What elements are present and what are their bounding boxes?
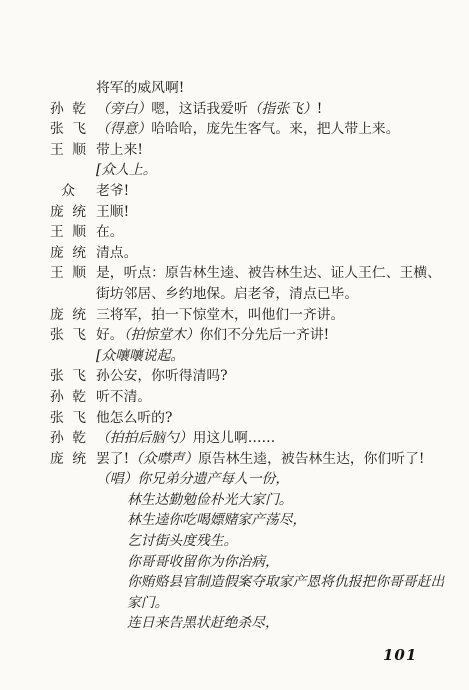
script-line: 将军的威风啊!: [50, 78, 454, 99]
dialogue-segment: 王顺!: [96, 204, 129, 220]
dialogue-segment: 用这儿啊……: [193, 430, 276, 446]
line-text: 老爷!: [96, 181, 129, 202]
dialogue-segment: 老爷!: [96, 183, 129, 199]
dialogue-segment: 清点。: [96, 245, 137, 261]
speaker-name: 孙乾: [50, 428, 86, 449]
dialogue-segment: 孙公安，你听得清吗?: [96, 368, 228, 384]
lyric-segment: 你兄弟分遗产每人一份，: [137, 471, 289, 487]
speaker-name: 王顺: [50, 263, 86, 284]
dialogue-segment: 将军的威风啊!: [96, 80, 184, 96]
dialogue-segment: 原告林生逵，被告林生达，你们听了!: [198, 451, 424, 467]
lyric-segment: 林生逵你吃喝嫖赌家产荡尽，: [127, 512, 306, 528]
stage-direction-segment: （众噤声）: [129, 451, 198, 467]
line-text: 孙公安，你听得清吗?: [96, 366, 228, 387]
script-line: 王顺是，听点：原告林生逵、被告林生达、证人王仁、王横、: [50, 263, 454, 284]
speaker-name: 张飞: [50, 408, 86, 429]
speaker-name: 张飞: [50, 119, 86, 140]
script-line: 家门。: [50, 593, 454, 614]
lyric-segment: 家门。: [127, 595, 168, 611]
line-text: （得意）哈哈哈，庞先生客气。来，把人带上来。: [96, 119, 400, 140]
line-text: 连日来告黑状赶绝杀尽，: [50, 613, 279, 634]
script-line: 连日来告黑状赶绝杀尽，: [50, 613, 454, 634]
script-line: 你贿赂县官制造假案夺取家产恩将仇报把你哥哥赶出: [50, 572, 454, 593]
stage-direction-segment: （拍惊堂木）: [124, 327, 200, 343]
script-line: 王顺在。: [50, 222, 454, 243]
line-text: （拍拍后脑勺）用这儿啊……: [96, 428, 275, 449]
speaker-name: 孙乾: [50, 387, 86, 408]
dialogue-segment: 你们不分先后一齐讲!: [199, 327, 329, 343]
script-line: 孙乾听不清。: [50, 387, 454, 408]
line-text: 将军的威风啊!: [50, 78, 184, 99]
lyric-segment: 连日来告黑状赶绝杀尽，: [127, 615, 279, 631]
line-text: 带上来!: [96, 140, 143, 161]
dialogue-segment: 在。: [96, 224, 124, 240]
script-line: [众人上。: [50, 160, 454, 181]
line-text: 街坊邻居、乡约地保。启老爷，清点已毕。: [50, 284, 358, 305]
lyric-segment: 你哥哥收留你为你治病，: [127, 554, 279, 570]
dialogue-segment: 是，听点：原告林生逵、被告林生达、证人王仁、王横、: [96, 265, 441, 281]
line-text: 王顺!: [96, 202, 129, 223]
script-line: 众老爷!: [50, 181, 454, 202]
speaker-name: 王顺: [50, 222, 86, 243]
script-line: 庞统清点。: [50, 243, 454, 264]
script-text: 将军的威风啊!孙乾（旁白）嗯，这话我爱听（指张飞）!张飞（得意）哈哈哈，庞先生客…: [50, 78, 454, 634]
line-text: （旁白）嗯，这话我爱听（指张飞）!: [96, 99, 322, 120]
line-text: 林生逵你吃喝嫖赌家产荡尽，: [50, 510, 306, 531]
line-text: 乞讨街头度残生。: [50, 531, 237, 552]
line-text: 是，听点：原告林生逵、被告林生达、证人王仁、王横、: [96, 263, 441, 284]
stage-direction-segment: （拍拍后脑勺）: [96, 430, 193, 446]
script-line: 庞统王顺!: [50, 202, 454, 223]
dialogue-segment: 罢了!: [96, 451, 129, 467]
line-text: 他怎么听的?: [96, 408, 172, 429]
script-line: 张飞（得意）哈哈哈，庞先生客气。来，把人带上来。: [50, 119, 454, 140]
script-line: 庞统三将军，拍一下惊堂木，叫他们一齐讲。: [50, 305, 454, 326]
script-line: 王顺带上来!: [50, 140, 454, 161]
speaker-name: 众: [50, 181, 86, 202]
script-line: 孙乾（旁白）嗯，这话我爱听（指张飞）!: [50, 99, 454, 120]
line-text: （唱）你兄弟分遗产每人一份，: [50, 469, 289, 490]
dialogue-segment: 三将军，拍一下惊堂木，叫他们一齐讲。: [96, 307, 344, 323]
dialogue-segment: 带上来!: [96, 142, 143, 158]
script-line: 庞统罢了!（众噤声）原告林生逵，被告林生达，你们听了!: [50, 449, 454, 470]
line-text: 林生达勤勉俭朴光大家门。: [50, 490, 293, 511]
speaker-name: 庞统: [50, 202, 86, 223]
line-text: 你哥哥收留你为你治病，: [50, 552, 279, 573]
script-line: [众嚷嚷说起。: [50, 346, 454, 367]
line-text: [众嚷嚷说起。: [50, 346, 184, 367]
script-line: 张飞他怎么听的?: [50, 408, 454, 429]
stage-direction-segment: （得意）: [96, 121, 151, 137]
stage-direction-segment: [众嚷嚷说起。: [96, 348, 184, 364]
stage-direction-segment: （指张飞）: [248, 101, 317, 117]
script-line: 林生达勤勉俭朴光大家门。: [50, 490, 454, 511]
line-text: 好。（拍惊堂木）你们不分先后一齐讲!: [96, 325, 329, 346]
script-line: 张飞好。（拍惊堂木）你们不分先后一齐讲!: [50, 325, 454, 346]
dialogue-segment: !: [317, 101, 323, 117]
line-text: 清点。: [96, 243, 137, 264]
speaker-name: 庞统: [50, 305, 86, 326]
dialogue-segment: 街坊邻居、乡约地保。启老爷，清点已毕。: [96, 286, 358, 302]
speaker-name: 张飞: [50, 366, 86, 387]
script-line: （唱）你兄弟分遗产每人一份，: [50, 469, 454, 490]
speaker-name: 庞统: [50, 449, 86, 470]
lyric-segment: 你贿赂县官制造假案夺取家产恩将仇报把你哥哥赶出: [127, 574, 444, 590]
line-text: 家门。: [50, 593, 168, 614]
stage-direction-segment: （唱）: [96, 471, 137, 487]
book-page: 将军的威风啊!孙乾（旁白）嗯，这话我爱听（指张飞）!张飞（得意）哈哈哈，庞先生客…: [0, 0, 469, 690]
stage-direction-segment: [众人上。: [96, 162, 157, 178]
dialogue-segment: 哈哈哈，庞先生客气。来，把人带上来。: [151, 121, 399, 137]
script-line: 乞讨街头度残生。: [50, 531, 454, 552]
stage-direction-segment: （旁白）: [96, 101, 151, 117]
line-text: [众人上。: [50, 160, 157, 181]
speaker-name: 王顺: [50, 140, 86, 161]
script-line: 你哥哥收留你为你治病，: [50, 552, 454, 573]
line-text: 三将军，拍一下惊堂木，叫他们一齐讲。: [96, 305, 344, 326]
dialogue-segment: 听不清。: [96, 389, 151, 405]
speaker-name: 庞统: [50, 243, 86, 264]
lyric-segment: 林生达勤勉俭朴光大家门。: [127, 492, 293, 508]
script-line: 张飞孙公安，你听得清吗?: [50, 366, 454, 387]
script-line: 街坊邻居、乡约地保。启老爷，清点已毕。: [50, 284, 454, 305]
dialogue-segment: 他怎么听的?: [96, 410, 172, 426]
speaker-name: 张飞: [50, 325, 86, 346]
dialogue-segment: 好。: [96, 327, 124, 343]
line-text: 听不清。: [96, 387, 151, 408]
lyric-segment: 乞讨街头度残生。: [127, 533, 237, 549]
line-text: 你贿赂县官制造假案夺取家产恩将仇报把你哥哥赶出: [50, 572, 444, 593]
dialogue-segment: 嗯，这话我爱听: [151, 101, 248, 117]
speaker-name: 孙乾: [50, 99, 86, 120]
line-text: 罢了!（众噤声）原告林生逵，被告林生达，你们听了!: [96, 449, 424, 470]
line-text: 在。: [96, 222, 124, 243]
script-line: 孙乾（拍拍后脑勺）用这儿啊……: [50, 428, 454, 449]
script-line: 林生逵你吃喝嫖赌家产荡尽，: [50, 510, 454, 531]
page-number: 101: [383, 646, 417, 664]
